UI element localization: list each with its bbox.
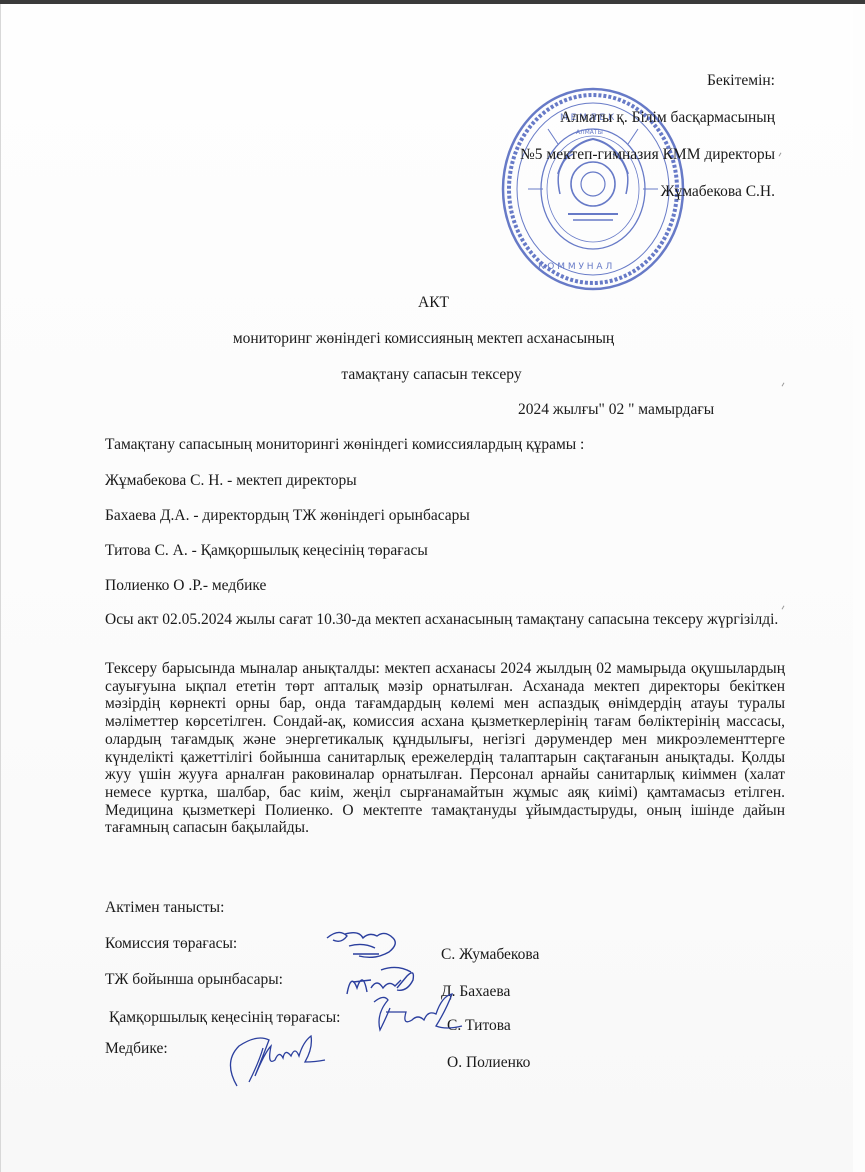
document-title: АКТ [1, 294, 865, 312]
signatory-name: С. Жумабекова [441, 946, 539, 964]
commission-member: Жұмабекова С. Н. - мектеп директоры [105, 472, 357, 490]
paragraph-findings: Тексеру барысында мыналар анықталды: мек… [105, 660, 785, 837]
paragraph-inspection-time: Осы акт 02.05.2024 жылы сағат 10.30-да м… [105, 611, 785, 629]
commission-heading: Тамақтану сапасының мониторингі жөніндег… [105, 436, 584, 454]
acknowledgement-heading: Актімен танысты: [105, 899, 224, 917]
signature-council-chair-icon [366, 990, 466, 1042]
signatory-role: Қамқоршылық кеңесінің төрағасы: [109, 1009, 341, 1027]
document-page: М Е М Л Е К К О М М У Н А Л АЛМАТЫ Бекіт… [0, 4, 853, 1172]
signatory-role: ТЖ бойынша орынбасары: [105, 971, 283, 989]
approval-organization: Алматы қ. Білім басқармасының [520, 99, 775, 136]
svg-text:К О М М У Н А Л: К О М М У Н А Л [538, 262, 612, 272]
document-subtitle-1: мониторинг жөніндегі комиссияның мектеп … [0, 330, 856, 348]
scan-speck [782, 606, 785, 610]
approval-position: №5 мектеп-гимназия КММ директоры [520, 136, 775, 173]
commission-member: Титова С. А. - Қамқоршылық кеңесінің төр… [105, 542, 428, 560]
document-date: 2024 жылғы" 02 " мамырдағы [518, 401, 714, 419]
scan-speck [779, 153, 782, 157]
scan-speck [782, 383, 785, 387]
signatory-role: Медбике: [105, 1040, 168, 1058]
commission-member: Полиенко О .Р.- медбике [105, 577, 266, 595]
approval-label: Бекітемін: [520, 62, 775, 99]
approval-block: Бекітемін: Алматы қ. Білім басқармасының… [520, 62, 775, 210]
signatory-role: Комиссия төрағасы: [105, 935, 237, 953]
signature-nurse-icon [219, 1032, 329, 1090]
commission-member: Бахаева Д.А. - директордың ТЖ жөніндегі … [105, 507, 470, 525]
signatory-name: О. Полиенко [447, 1054, 530, 1072]
approval-signer: Жұмабекова С.Н. [520, 173, 775, 210]
document-subtitle-2: тамақтану сапасын тексеру [0, 366, 864, 384]
